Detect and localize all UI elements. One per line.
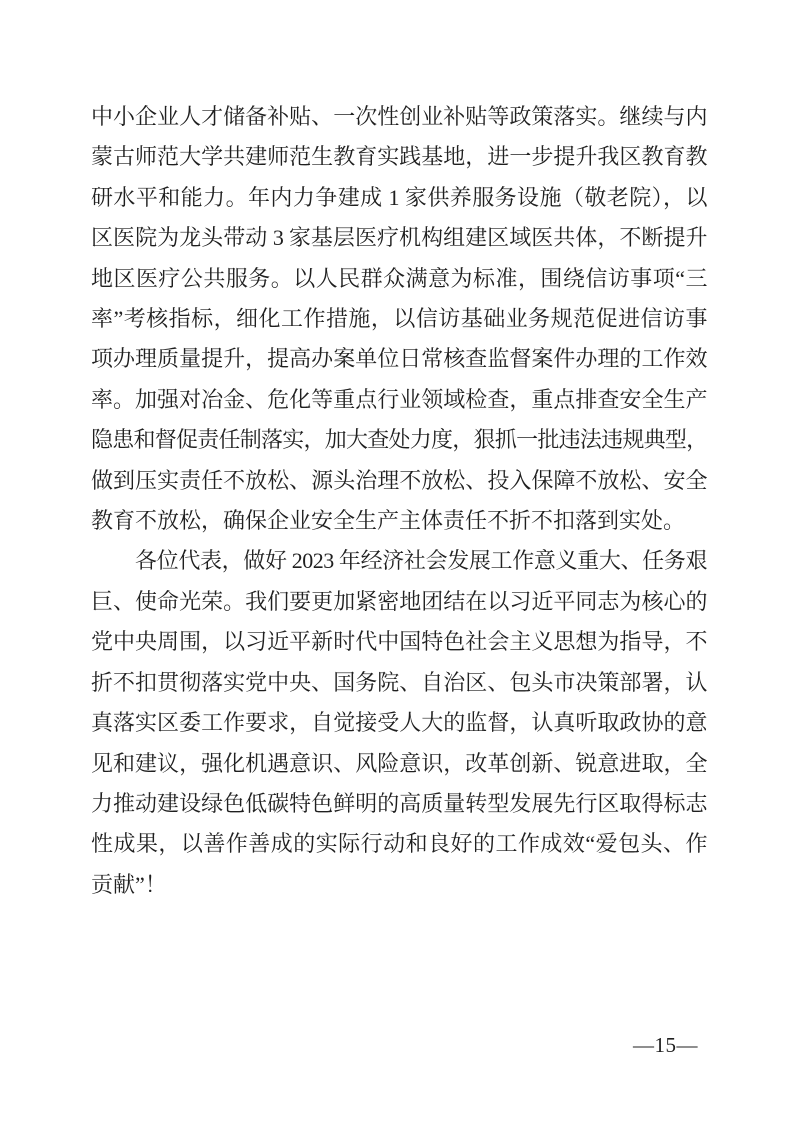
text-line: 力推动建设绿色低碳特色鲜明的高质量转型发展先行区取得标志 — [91, 784, 707, 824]
text-line: 党中央周围，以习近平新时代中国特色社会主义思想为指导，不 — [91, 622, 707, 662]
text-line: 率”考核指标，细化工作措施，以信访基础业务规范促进信访事 — [91, 299, 707, 339]
text-line: 率。加强对冶金、危化等重点行业领域检查，重点排查安全生产 — [91, 380, 707, 420]
text-line: 做到压实责任不放松、源头治理不放松、投入保障不放松、安全 — [91, 461, 707, 501]
page-number: —15— — [633, 1033, 698, 1058]
text-line: 性成果，以善作善成的实际行动和良好的工作成效“爱包头、作 — [91, 824, 707, 864]
text-line-paragraph-end: 教育不放松，确保企业安全生产主体责任不折不扣落到实处。 — [91, 501, 707, 541]
body-text: 中小企业人才储备补贴、一次性创业补贴等政策落实。继续与内 蒙古师范大学共建师范生… — [91, 97, 707, 905]
text-line-paragraph-end: 贡献”！ — [91, 865, 707, 905]
text-line-paragraph-start: 各位代表，做好 2023 年经济社会发展工作意义重大、任务艰 — [91, 541, 707, 581]
text-line: 巨、使命光荣。我们要更加紧密地团结在以习近平同志为核心的 — [91, 582, 707, 622]
document-page: 中小企业人才储备补贴、一次性创业补贴等政策落实。继续与内 蒙古师范大学共建师范生… — [0, 0, 793, 1122]
text-line: 折不扣贯彻落实党中央、国务院、自治区、包头市决策部署，认 — [91, 663, 707, 703]
text-line: 地区医疗公共服务。以人民群众满意为标准，围绕信访事项“三 — [91, 259, 707, 299]
text-line: 蒙古师范大学共建师范生教育实践基地，进一步提升我区教育教 — [91, 137, 707, 177]
text-line: 研水平和能力。年内力争建成 1 家供养服务设施（敬老院），以 — [91, 178, 707, 218]
text-line: 见和建议，强化机遇意识、风险意识，改革创新、锐意进取，全 — [91, 744, 707, 784]
text-line: 中小企业人才储备补贴、一次性创业补贴等政策落实。继续与内 — [91, 97, 707, 137]
text-line: 真落实区委工作要求，自觉接受人大的监督，认真听取政协的意 — [91, 703, 707, 743]
text-line: 项办理质量提升，提高办案单位日常核查监督案件办理的工作效 — [91, 339, 707, 379]
text-line: 隐患和督促责任制落实，加大查处力度，狠抓一批违法违规典型， — [91, 420, 707, 460]
text-line: 区医院为龙头带动 3 家基层医疗机构组建区域医共体，不断提升 — [91, 218, 707, 258]
